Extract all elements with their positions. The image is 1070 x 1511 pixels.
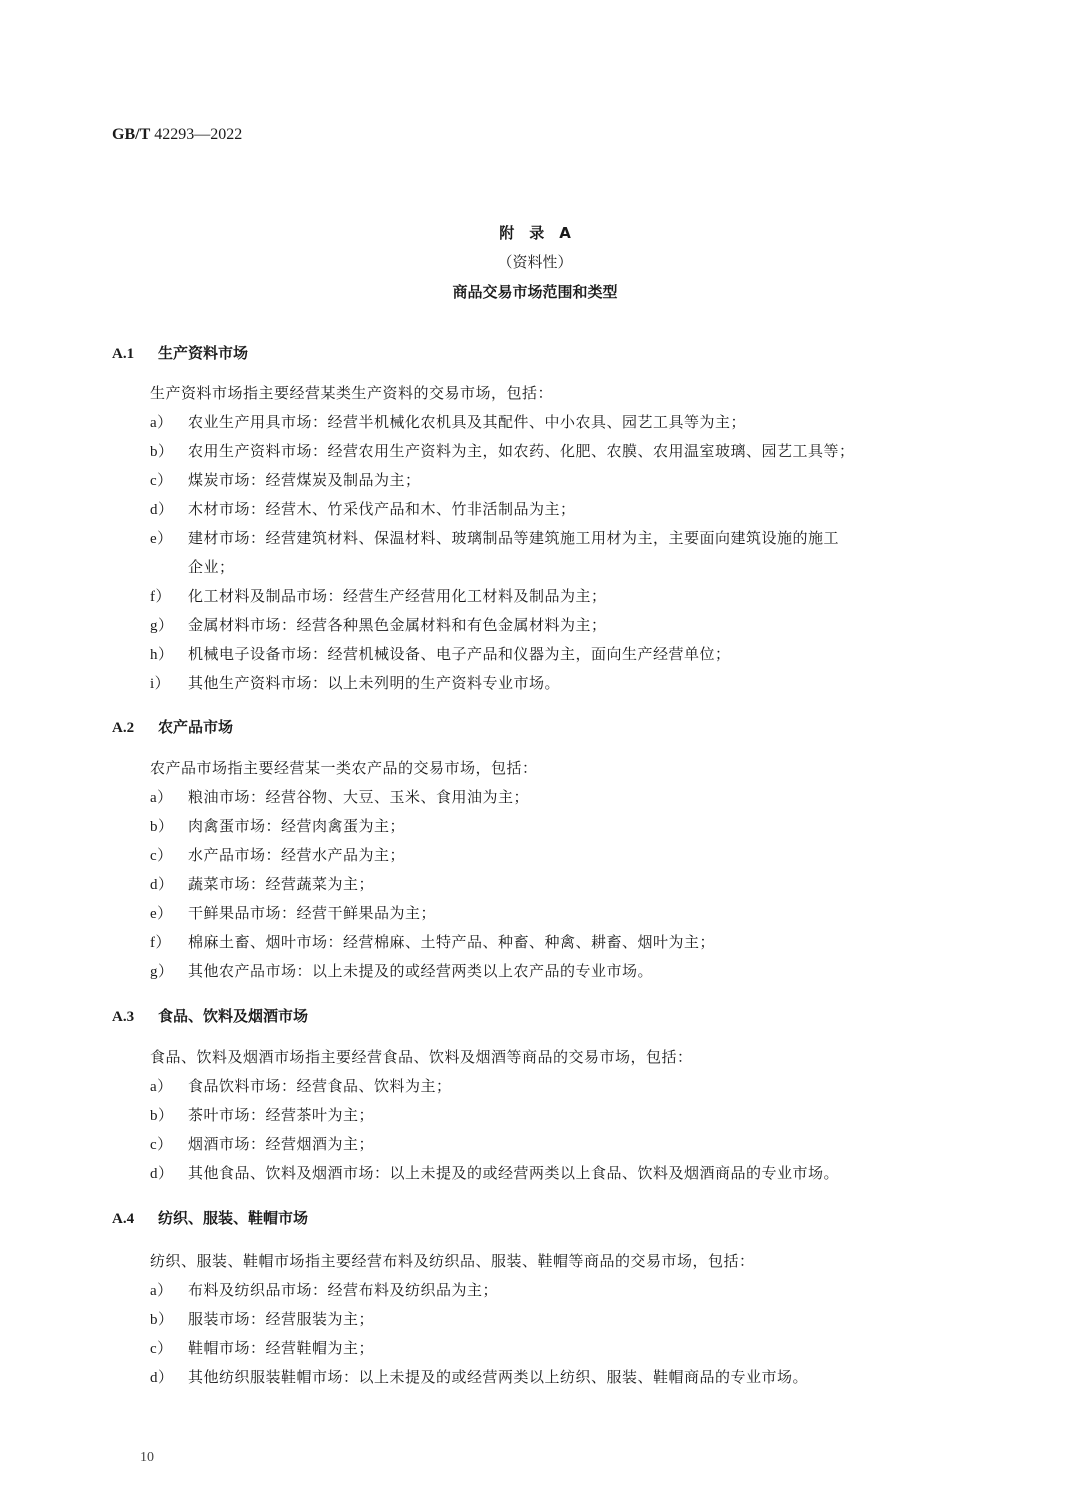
- item-label: c）: [150, 1133, 188, 1154]
- item-label: h）: [150, 643, 188, 664]
- list-item: b）农用生产资料市场：经营农用生产资料为主，如农药、化肥、农膜、农用温室玻璃、园…: [150, 440, 855, 461]
- list-item: c）水产品市场：经营水产品为主；: [150, 844, 405, 865]
- item-label: f）: [150, 585, 188, 606]
- item-label: b）: [150, 1308, 188, 1329]
- item-text: 肉禽蛋市场：经营肉禽蛋为主；: [188, 817, 405, 835]
- list-item: b）茶叶市场：经营茶叶为主；: [150, 1104, 374, 1125]
- list-item: a）农业生产用具市场：经营半机械化农机具及其配件、中小农具、园艺工具等为主；: [150, 411, 746, 432]
- section-heading-a3: A.3食品、饮料及烟酒市场: [112, 1005, 308, 1026]
- item-label: a）: [150, 1075, 188, 1096]
- item-text: 木材市场：经营木、竹采伐产品和木、竹非活制品为主；: [188, 500, 576, 518]
- list-item: g）金属材料市场：经营各种黑色金属材料和有色金属材料为主；: [150, 614, 607, 635]
- section-heading-a1: A.1生产资料市场: [112, 342, 248, 363]
- item-label: b）: [150, 815, 188, 836]
- item-label: c）: [150, 1337, 188, 1358]
- item-label: c）: [150, 844, 188, 865]
- section-intro: 农产品市场指主要经营某一类农产品的交易市场，包括：: [150, 757, 538, 778]
- page-number: 10: [140, 1450, 154, 1466]
- list-item: c）鞋帽市场：经营鞋帽为主；: [150, 1337, 374, 1358]
- item-text: 其他纺织服装鞋帽市场：以上未提及的或经营两类以上纺织、服装、鞋帽商品的专业市场。: [188, 1368, 808, 1386]
- section-number: A.4: [112, 1211, 158, 1228]
- list-item: i）其他生产资料市场：以上未列明的生产资料专业市场。: [150, 672, 560, 693]
- item-text: 食品饮料市场：经营食品、饮料为主；: [188, 1077, 452, 1095]
- section-title: 纺织、服装、鞋帽市场: [158, 1209, 308, 1227]
- section-heading-a4: A.4纺织、服装、鞋帽市场: [112, 1207, 308, 1228]
- section-title: 食品、饮料及烟酒市场: [158, 1007, 308, 1025]
- item-text: 棉麻土畜、烟叶市场：经营棉麻、土特产品、种畜、种禽、耕畜、烟叶为主；: [188, 933, 715, 951]
- list-item: h）机械电子设备市场：经营机械设备、电子产品和仪器为主，面向生产经营单位；: [150, 643, 731, 664]
- list-item: c）煤炭市场：经营煤炭及制品为主；: [150, 469, 421, 490]
- list-item: b）肉禽蛋市场：经营肉禽蛋为主；: [150, 815, 405, 836]
- list-item: b）服装市场：经营服装为主；: [150, 1308, 374, 1329]
- doc-id-number: 42293—2022: [154, 126, 242, 143]
- item-label: b）: [150, 440, 188, 461]
- list-item: d）蔬菜市场：经营蔬菜为主；: [150, 873, 374, 894]
- section-number: A.3: [112, 1009, 158, 1026]
- item-label: b）: [150, 1104, 188, 1125]
- item-label: g）: [150, 960, 188, 981]
- item-text: 粮油市场：经营谷物、大豆、玉米、食用油为主；: [188, 788, 529, 806]
- item-continuation: 企业；: [188, 556, 235, 577]
- item-text: 化工材料及制品市场：经营生产经营用化工材料及制品为主；: [188, 587, 607, 605]
- section-intro: 生产资料市场指主要经营某类生产资料的交易市场，包括：: [150, 382, 553, 403]
- list-item: e）建材市场：经营建筑材料、保温材料、玻璃制品等建筑施工用材为主，主要面向建筑设…: [150, 527, 839, 548]
- item-text: 农业生产用具市场：经营半机械化农机具及其配件、中小农具、园艺工具等为主；: [188, 413, 746, 431]
- item-text: 建材市场：经营建筑材料、保温材料、玻璃制品等建筑施工用材为主，主要面向建筑设施的…: [188, 529, 839, 547]
- section-title: 农产品市场: [158, 718, 233, 736]
- list-item: g）其他农产品市场：以上未提及的或经营两类以上农产品的专业市场。: [150, 960, 653, 981]
- item-label: f）: [150, 931, 188, 952]
- list-item: a）布料及纺织品市场：经营布料及纺织品为主；: [150, 1279, 498, 1300]
- item-text: 其他生产资料市场：以上未列明的生产资料专业市场。: [188, 674, 560, 692]
- item-text: 布料及纺织品市场：经营布料及纺织品为主；: [188, 1281, 498, 1299]
- item-text: 农用生产资料市场：经营农用生产资料为主，如农药、化肥、农膜、农用温室玻璃、园艺工…: [188, 442, 855, 460]
- item-text: 金属材料市场：经营各种黑色金属材料和有色金属材料为主；: [188, 616, 607, 634]
- list-item: d）其他纺织服装鞋帽市场：以上未提及的或经营两类以上纺织、服装、鞋帽商品的专业市…: [150, 1366, 808, 1387]
- item-text: 其他农产品市场：以上未提及的或经营两类以上农产品的专业市场。: [188, 962, 653, 980]
- item-text: 干鲜果品市场：经营干鲜果品为主；: [188, 904, 436, 922]
- item-text: 机械电子设备市场：经营机械设备、电子产品和仪器为主，面向生产经营单位；: [188, 645, 731, 663]
- section-intro: 纺织、服装、鞋帽市场指主要经营布料及纺织品、服装、鞋帽等商品的交易市场，包括：: [150, 1250, 755, 1271]
- list-item: c）烟酒市场：经营烟酒为主；: [150, 1133, 374, 1154]
- appendix-heading: 商品交易市场范围和类型: [0, 281, 1070, 302]
- list-item: f）化工材料及制品市场：经营生产经营用化工材料及制品为主；: [150, 585, 607, 606]
- item-label: d）: [150, 498, 188, 519]
- doc-id-prefix: GB/T: [112, 126, 150, 143]
- list-item: d）木材市场：经营木、竹采伐产品和木、竹非活制品为主；: [150, 498, 576, 519]
- item-text: 其他食品、饮料及烟酒市场：以上未提及的或经营两类以上食品、饮料及烟酒商品的专业市…: [188, 1164, 839, 1182]
- item-text: 煤炭市场：经营煤炭及制品为主；: [188, 471, 421, 489]
- section-heading-a2: A.2农产品市场: [112, 716, 233, 737]
- list-item: d）其他食品、饮料及烟酒市场：以上未提及的或经营两类以上食品、饮料及烟酒商品的专…: [150, 1162, 839, 1183]
- item-text: 鞋帽市场：经营鞋帽为主；: [188, 1339, 374, 1357]
- appendix-nature: （资料性）: [0, 251, 1070, 272]
- item-text: 服装市场：经营服装为主；: [188, 1310, 374, 1328]
- item-text: 茶叶市场：经营茶叶为主；: [188, 1106, 374, 1124]
- section-title: 生产资料市场: [158, 344, 248, 362]
- item-label: a）: [150, 1279, 188, 1300]
- section-number: A.2: [112, 720, 158, 737]
- item-label: g）: [150, 614, 188, 635]
- document-id: GB/T 42293—2022: [112, 126, 242, 144]
- item-text: 蔬菜市场：经营蔬菜为主；: [188, 875, 374, 893]
- list-item: a）粮油市场：经营谷物、大豆、玉米、食用油为主；: [150, 786, 529, 807]
- section-intro: 食品、饮料及烟酒市场指主要经营食品、饮料及烟酒等商品的交易市场，包括：: [150, 1046, 693, 1067]
- item-text: 烟酒市场：经营烟酒为主；: [188, 1135, 374, 1153]
- item-label: e）: [150, 902, 188, 923]
- item-label: d）: [150, 1366, 188, 1387]
- list-item: f）棉麻土畜、烟叶市场：经营棉麻、土特产品、种畜、种禽、耕畜、烟叶为主；: [150, 931, 715, 952]
- section-number: A.1: [112, 346, 158, 363]
- item-label: c）: [150, 469, 188, 490]
- item-text: 水产品市场：经营水产品为主；: [188, 846, 405, 864]
- item-label: a）: [150, 786, 188, 807]
- list-item: e）干鲜果品市场：经营干鲜果品为主；: [150, 902, 436, 923]
- list-item: a）食品饮料市场：经营食品、饮料为主；: [150, 1075, 452, 1096]
- item-label: d）: [150, 873, 188, 894]
- item-label: d）: [150, 1162, 188, 1183]
- item-label: a）: [150, 411, 188, 432]
- item-label: e）: [150, 527, 188, 548]
- item-label: i）: [150, 672, 188, 693]
- appendix-label: 附 录 A: [0, 222, 1070, 243]
